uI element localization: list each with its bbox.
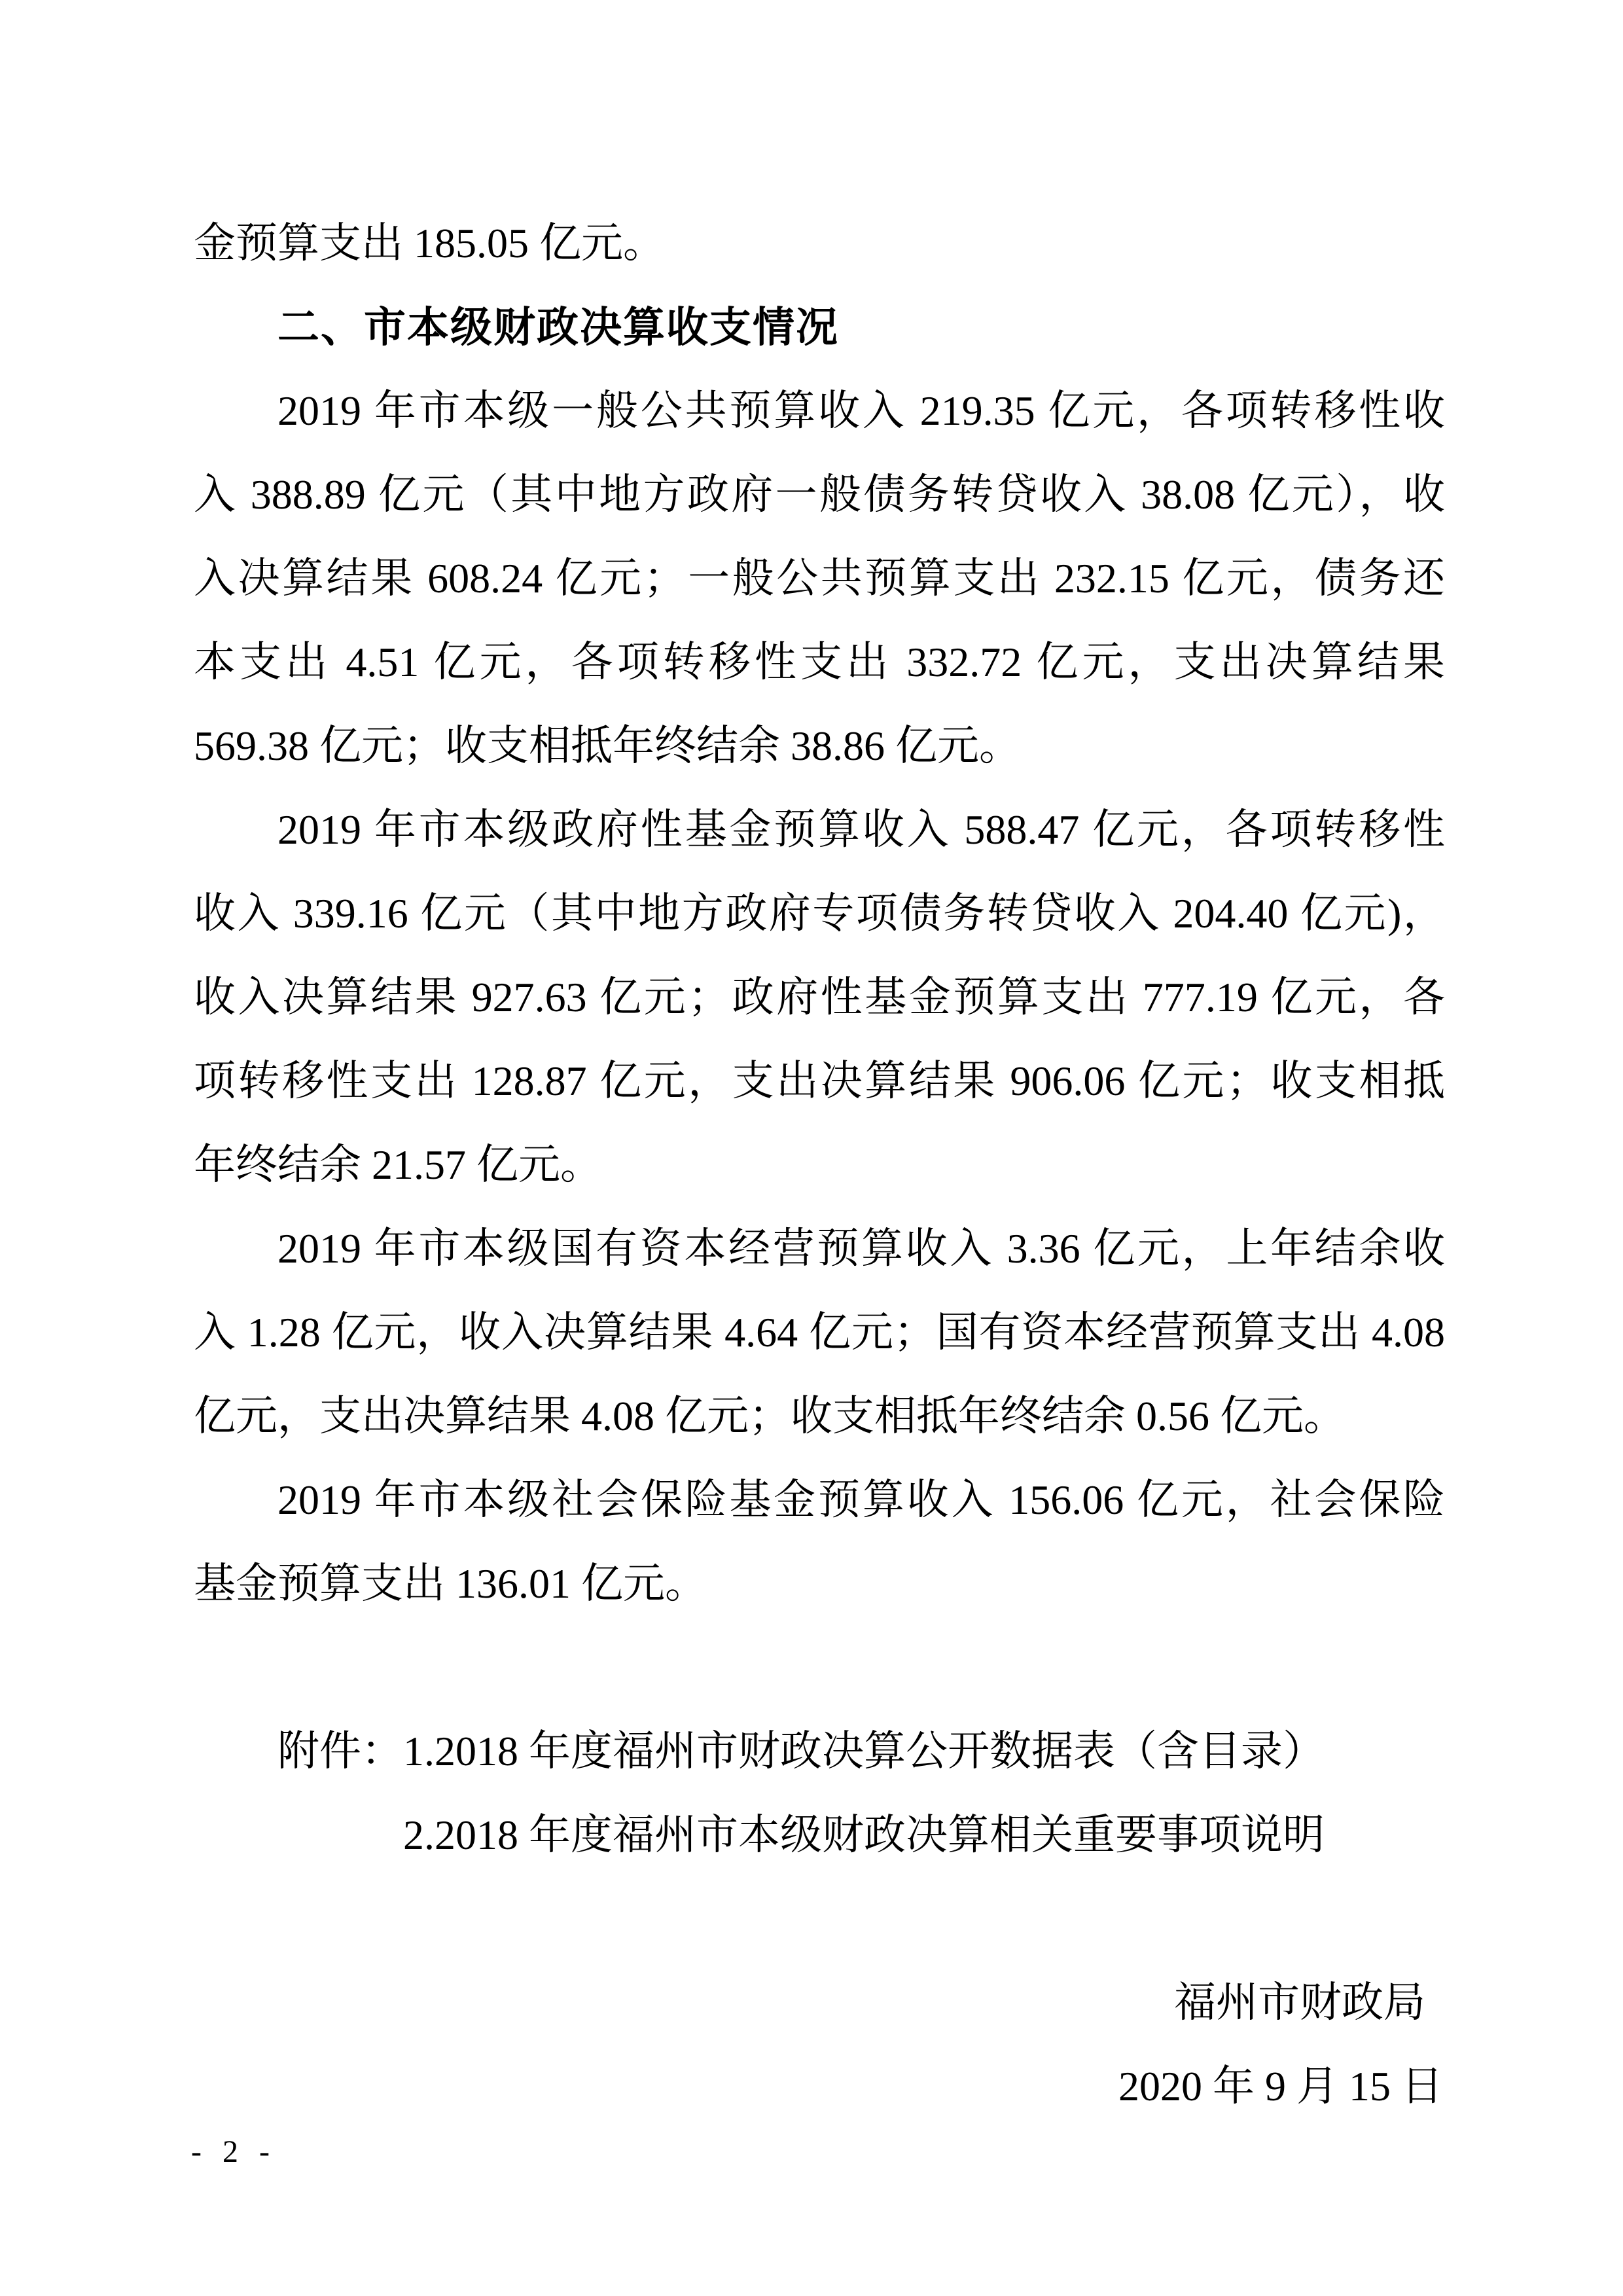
document-page: 金预算支出 185.05 亿元。 二、市本级财政决算收支情况 2019 年市本级… xyxy=(0,0,1623,2296)
body-line: 2019 年市本级社会保险基金预算收入 156.06 亿元，社会保险 xyxy=(194,1458,1445,1542)
body-line: 收入 339.16 亿元（其中地方政府专项债务转贷收入 204.40 亿元)， xyxy=(194,872,1445,956)
body-line: 2019 年市本级一般公共预算收入 219.35 亿元，各项转移性收 xyxy=(194,369,1445,453)
attachment-line: 附件：1.2018 年度福州市财政决算公开数据表（含目录） xyxy=(194,1710,1445,1793)
body-line: 基金预算支出 136.01 亿元。 xyxy=(194,1542,1445,1626)
page-number: - 2 - xyxy=(191,2134,270,2170)
body-line: 2019 年市本级政府性基金预算收入 588.47 亿元，各项转移性 xyxy=(194,788,1445,872)
body-line: 金预算支出 185.05 亿元。 xyxy=(194,202,1445,285)
body-line: 年终结余 21.57 亿元。 xyxy=(194,1123,1445,1207)
body-line: 项转移性支出 128.87 亿元，支出决算结果 906.06 亿元；收支相抵 xyxy=(194,1039,1445,1123)
body-line: 2019 年市本级国有资本经营预算收入 3.36 亿元，上年结余收 xyxy=(194,1207,1445,1291)
blank-line xyxy=(194,1877,1445,1961)
document-body: 金预算支出 185.05 亿元。 二、市本级财政决算收支情况 2019 年市本级… xyxy=(194,202,1445,2128)
blank-line xyxy=(194,1626,1445,1710)
body-line: 收入决算结果 927.63 亿元；政府性基金预算支出 777.19 亿元，各 xyxy=(194,956,1445,1039)
attachment-line: 2.2018 年度福州市本级财政决算相关重要事项说明 xyxy=(194,1793,1445,1877)
body-line: 入决算结果 608.24 亿元；一般公共预算支出 232.15 亿元，债务还 xyxy=(194,537,1445,620)
section-heading: 二、市本级财政决算收支情况 xyxy=(194,285,1445,369)
date-line: 2020 年 9 月 15 日 xyxy=(194,2045,1445,2128)
body-line: 入 1.28 亿元，收入决算结果 4.64 亿元；国有资本经营预算支出 4.08 xyxy=(194,1291,1445,1374)
signature: 福州市财政局 xyxy=(194,1961,1445,2045)
body-line: 本支出 4.51 亿元，各项转移性支出 332.72 亿元，支出决算结果 xyxy=(194,620,1445,704)
body-line: 亿元，支出决算结果 4.08 亿元；收支相抵年终结余 0.56 亿元。 xyxy=(194,1374,1445,1458)
body-line: 569.38 亿元；收支相抵年终结余 38.86 亿元。 xyxy=(194,704,1445,788)
body-line: 入 388.89 亿元（其中地方政府一般债务转贷收入 38.08 亿元），收 xyxy=(194,453,1445,537)
